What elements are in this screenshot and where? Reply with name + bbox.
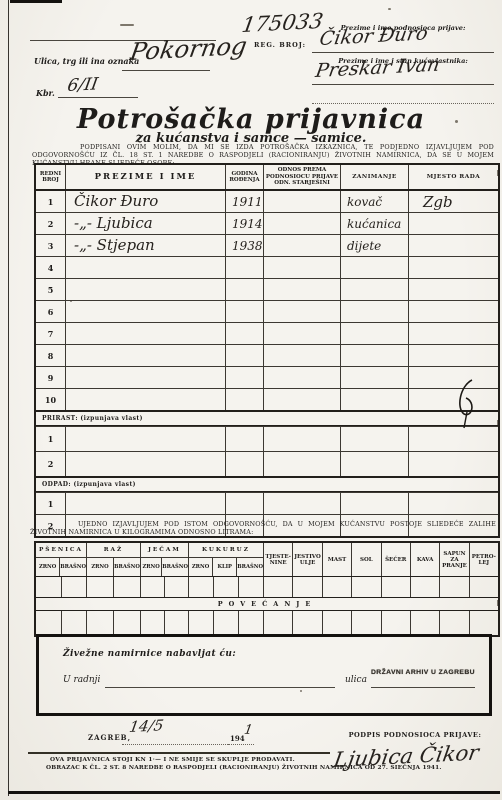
supplies-empty-row xyxy=(36,611,498,635)
supply-cell xyxy=(188,577,213,597)
supply-cell xyxy=(263,577,292,597)
prirast-row: 1 xyxy=(36,426,498,451)
empty-cell xyxy=(408,427,498,451)
member-name xyxy=(66,390,74,408)
supply-cell xyxy=(410,611,439,635)
row-number: 1 xyxy=(36,191,65,212)
sub-header: ZRNO xyxy=(36,558,59,576)
pen-flourish-mark xyxy=(452,378,482,430)
birth-year xyxy=(226,327,232,341)
member-name: Čikor Đuro xyxy=(66,192,158,210)
occupation xyxy=(341,261,347,275)
member-name xyxy=(66,346,74,364)
supply-cell xyxy=(61,577,86,597)
sub-header: ZRNO xyxy=(141,558,161,576)
household-table-row: 6 xyxy=(36,300,498,322)
header-godina: GODINA ROĐENJA xyxy=(225,165,263,189)
group-label: KUKURUZ xyxy=(189,543,263,558)
household-table-row: 10 xyxy=(36,388,498,410)
relation-cell xyxy=(263,367,340,388)
supply-cell xyxy=(292,611,321,635)
household-table-row: 1 Čikor Đuro 1911 kovač Zgb xyxy=(36,191,498,212)
supplies-declaration: UJEDNO IZJAVLJUJEM POD ISTOM ODGOVORNOŠĆ… xyxy=(30,520,496,536)
row-number: 2 xyxy=(36,213,65,234)
household-members-table: REDNI BROJ PREZIME I IME GODINA ROĐENJA … xyxy=(34,163,500,538)
member-name xyxy=(66,324,74,342)
row-number: 4 xyxy=(36,257,65,278)
supply-cell xyxy=(113,611,140,635)
empty-cell xyxy=(340,427,408,451)
workplace xyxy=(409,215,423,233)
occupation xyxy=(341,283,347,297)
header-zanimanje: ZANIMANJE xyxy=(340,165,408,189)
empty-cell xyxy=(225,493,263,514)
table-header-row: REDNI BROJ PREZIME I IME GODINA ROĐENJA … xyxy=(36,165,498,191)
birth-year: 1938 xyxy=(226,239,263,253)
sub-header: KLIP xyxy=(212,558,236,576)
landlord-line xyxy=(312,84,494,85)
birth-year: 1911 xyxy=(226,195,263,209)
supply-cell xyxy=(292,577,321,597)
shop-line xyxy=(105,687,335,688)
supply-cell xyxy=(238,611,263,635)
year-handwritten: 1 xyxy=(243,723,254,738)
occupation xyxy=(341,393,347,407)
header-sapun: SAPUN ZA PRANJE xyxy=(439,543,468,576)
street-line-box xyxy=(371,687,475,688)
house-number-value: 6/II xyxy=(66,74,99,96)
birth-year xyxy=(226,393,232,407)
member-name xyxy=(66,280,74,298)
workplace xyxy=(409,391,423,409)
supply-cell xyxy=(469,577,498,597)
page-bottom-edge xyxy=(8,791,500,794)
supply-cell xyxy=(410,577,439,597)
row-number: 3 xyxy=(36,235,65,256)
year-line xyxy=(228,744,254,745)
supply-cell xyxy=(36,611,61,635)
group-raz: RAŽ ZRNO BRAŠNO xyxy=(86,543,140,576)
relation-cell xyxy=(263,323,340,344)
header-mast: MAST xyxy=(322,543,351,576)
empty-cell xyxy=(225,427,263,451)
member-name: -„- Ljubica xyxy=(66,214,153,232)
relation-cell xyxy=(263,389,340,410)
purchase-box: Živežne namirnice nabavljat ću: U radnji… xyxy=(36,634,492,716)
header-odnos: ODNOS PREMA PODNOSIOCU PRIJAVE ODN. STAR… xyxy=(263,165,340,189)
supply-cell xyxy=(36,577,61,597)
supply-cell xyxy=(439,577,468,597)
shop-label: U radnji xyxy=(63,675,100,685)
birth-year: 1914 xyxy=(226,217,263,231)
occupation xyxy=(341,327,347,341)
birth-year xyxy=(226,349,232,363)
birth-year xyxy=(226,371,232,385)
workplace xyxy=(409,281,423,299)
povecanje-band: POVEĆANJE xyxy=(36,597,498,611)
occupation: dijete xyxy=(341,239,381,253)
supply-cell xyxy=(113,577,140,597)
supply-cell xyxy=(213,577,238,597)
house-number-line xyxy=(58,97,138,98)
supplies-header-row: PŠENICA ZRNO BRAŠNO RAŽ ZRNO BRAŠNO JEČA… xyxy=(36,543,498,577)
sub-header: ZRNO xyxy=(87,558,113,576)
street-label: Ulica, trg ili ina oznaka xyxy=(34,56,139,66)
empty-cell xyxy=(263,493,340,514)
empty-cell xyxy=(263,427,340,451)
member-name: -„- Stjepan xyxy=(66,236,155,254)
group-label: RAŽ xyxy=(87,543,140,558)
household-table-row: 5 xyxy=(36,278,498,300)
supply-cell xyxy=(439,611,468,635)
occupation: kućanica xyxy=(341,217,401,231)
sub-header: BRAŠNO xyxy=(236,558,263,576)
prirast-band: PRIRAST: (izpunjava vlast) xyxy=(36,410,498,426)
supply-cell xyxy=(140,577,164,597)
scan-speck xyxy=(120,24,134,26)
date-value: 14/5 xyxy=(128,716,165,736)
group-label: PŠENICA xyxy=(36,543,86,558)
supply-cell xyxy=(351,577,380,597)
relation-cell xyxy=(263,235,340,256)
relation-cell xyxy=(263,191,340,212)
page-top-edge xyxy=(10,0,62,3)
relation-cell xyxy=(263,301,340,322)
signature-value: Ljubica Čikor xyxy=(332,741,481,772)
header-kava: KAVA xyxy=(410,543,439,576)
member-name xyxy=(66,258,74,276)
sub-header: BRAŠNO xyxy=(161,558,188,576)
supply-cell xyxy=(140,611,164,635)
relation-cell xyxy=(263,345,340,366)
empty-cell xyxy=(340,452,408,476)
city-label: ZAGREB, xyxy=(88,733,131,742)
household-table-row: 9 xyxy=(36,366,498,388)
prirast-label: PRIRAST: (izpunjava vlast) xyxy=(36,415,143,422)
relation-cell xyxy=(263,279,340,300)
supply-cell xyxy=(86,577,113,597)
empty-cell xyxy=(263,452,340,476)
occupation xyxy=(341,371,347,385)
scanned-form-page: 175033 REG. BROJ: Ulica, trg ili ina ozn… xyxy=(0,0,502,800)
workplace: Zgb xyxy=(409,193,453,211)
supply-cell xyxy=(469,611,498,635)
empty-cell xyxy=(225,452,263,476)
supplies-table: PŠENICA ZRNO BRAŠNO RAŽ ZRNO BRAŠNO JEČA… xyxy=(34,541,500,637)
group-psenica: PŠENICA ZRNO BRAŠNO xyxy=(36,543,86,576)
street-line xyxy=(122,70,210,71)
archive-stamp: DRŽAVNI ARHIV U ZAGREBU xyxy=(365,669,481,676)
header-petrolej: PETRO- LEJ xyxy=(469,543,498,576)
household-table-row: 8 xyxy=(36,344,498,366)
supply-cell xyxy=(61,611,86,635)
supply-cell xyxy=(86,611,113,635)
birth-year xyxy=(226,305,232,319)
footer-divider xyxy=(28,752,330,754)
header-prezime-ime: PREZIME I IME xyxy=(65,165,225,189)
workplace xyxy=(409,325,423,343)
row-number: 5 xyxy=(36,279,65,300)
birth-year xyxy=(226,283,232,297)
house-number-label: Kbr. xyxy=(36,88,55,98)
odpad-band: ODPAD: (izpunjava vlast) xyxy=(36,476,498,492)
row-number: 10 xyxy=(36,389,65,410)
sub-header: ZRNO xyxy=(189,558,212,576)
member-name xyxy=(66,302,74,320)
street-value: Pokornog xyxy=(128,32,249,66)
header-secer: ŠEĆER xyxy=(381,543,410,576)
workplace xyxy=(409,369,423,387)
sub-header: BRAŠNO xyxy=(113,558,140,576)
occupation xyxy=(341,305,347,319)
workplace xyxy=(409,237,423,255)
relation-cell xyxy=(263,257,340,278)
prirast-row: 2 xyxy=(36,451,498,476)
workplace xyxy=(409,303,423,321)
supply-cell xyxy=(213,611,238,635)
group-kukuruz: KUKURUZ ZRNO KLIP BRAŠNO xyxy=(188,543,263,576)
header-sol: SOL xyxy=(351,543,380,576)
header-tjestenine: TJESTE- NINE xyxy=(263,543,292,576)
supply-cell xyxy=(263,611,292,635)
header-jestivo-ulje: JESTIVO ULJE xyxy=(292,543,321,576)
odpad-row: 1 xyxy=(36,492,498,514)
supply-cell xyxy=(381,611,410,635)
supply-cell xyxy=(238,577,263,597)
row-number: 2 xyxy=(36,452,65,476)
header-mjesto-rada: MJESTO RADA xyxy=(408,165,498,189)
household-table-row: 7 xyxy=(36,322,498,344)
supply-cell xyxy=(188,611,213,635)
row-number: 1 xyxy=(36,427,65,451)
row-number: 1 xyxy=(36,493,65,514)
relation-cell xyxy=(263,213,340,234)
sub-header: BRAŠNO xyxy=(59,558,86,576)
member-name xyxy=(66,368,74,386)
workplace xyxy=(409,347,423,365)
date-line xyxy=(122,744,228,745)
applicant-line xyxy=(312,52,494,53)
supply-cell xyxy=(164,577,188,597)
empty-cell xyxy=(340,493,408,514)
scan-speck xyxy=(388,8,391,10)
row-number: 6 xyxy=(36,301,65,322)
group-jecam: JEČAM ZRNO BRAŠNO xyxy=(140,543,188,576)
household-table-row: 3 -„- Stjepan 1938 dijete xyxy=(36,234,498,256)
empty-cell xyxy=(408,452,498,476)
household-table-row: 4 xyxy=(36,256,498,278)
header-redni-broj: REDNI BROJ xyxy=(36,165,65,189)
supply-cell xyxy=(381,577,410,597)
supplies-empty-row xyxy=(36,577,498,597)
odpad-label: ODPAD: (izpunjava vlast) xyxy=(36,481,136,488)
supply-cell xyxy=(322,611,351,635)
signature-label: PODPIS PODNOSIOCA PRIJAVE: xyxy=(340,731,490,739)
occupation: kovač xyxy=(341,195,382,209)
row-number: 7 xyxy=(36,323,65,344)
workplace xyxy=(409,259,423,277)
empty-cell xyxy=(65,493,225,514)
supply-cell xyxy=(322,577,351,597)
supply-cell xyxy=(351,611,380,635)
birth-year xyxy=(226,261,232,275)
street-label-box: ulica xyxy=(345,675,367,685)
empty-cell xyxy=(65,452,225,476)
household-table-row: 2 -„- Ljubica 1914 kućanica xyxy=(36,212,498,234)
empty-cell xyxy=(408,493,498,514)
row-number: 9 xyxy=(36,367,65,388)
occupation xyxy=(341,349,347,363)
purchase-heading: Živežne namirnice nabavljat ću: xyxy=(63,649,236,659)
group-label: JEČAM xyxy=(141,543,188,558)
supply-cell xyxy=(164,611,188,635)
empty-cell xyxy=(65,427,225,451)
row-number: 8 xyxy=(36,345,65,366)
price-note: OVA PRIJAVNICA STOJI KN 1·— I NE SMIJE S… xyxy=(50,757,295,763)
applicant-value: Čikor Đuro xyxy=(318,22,429,50)
